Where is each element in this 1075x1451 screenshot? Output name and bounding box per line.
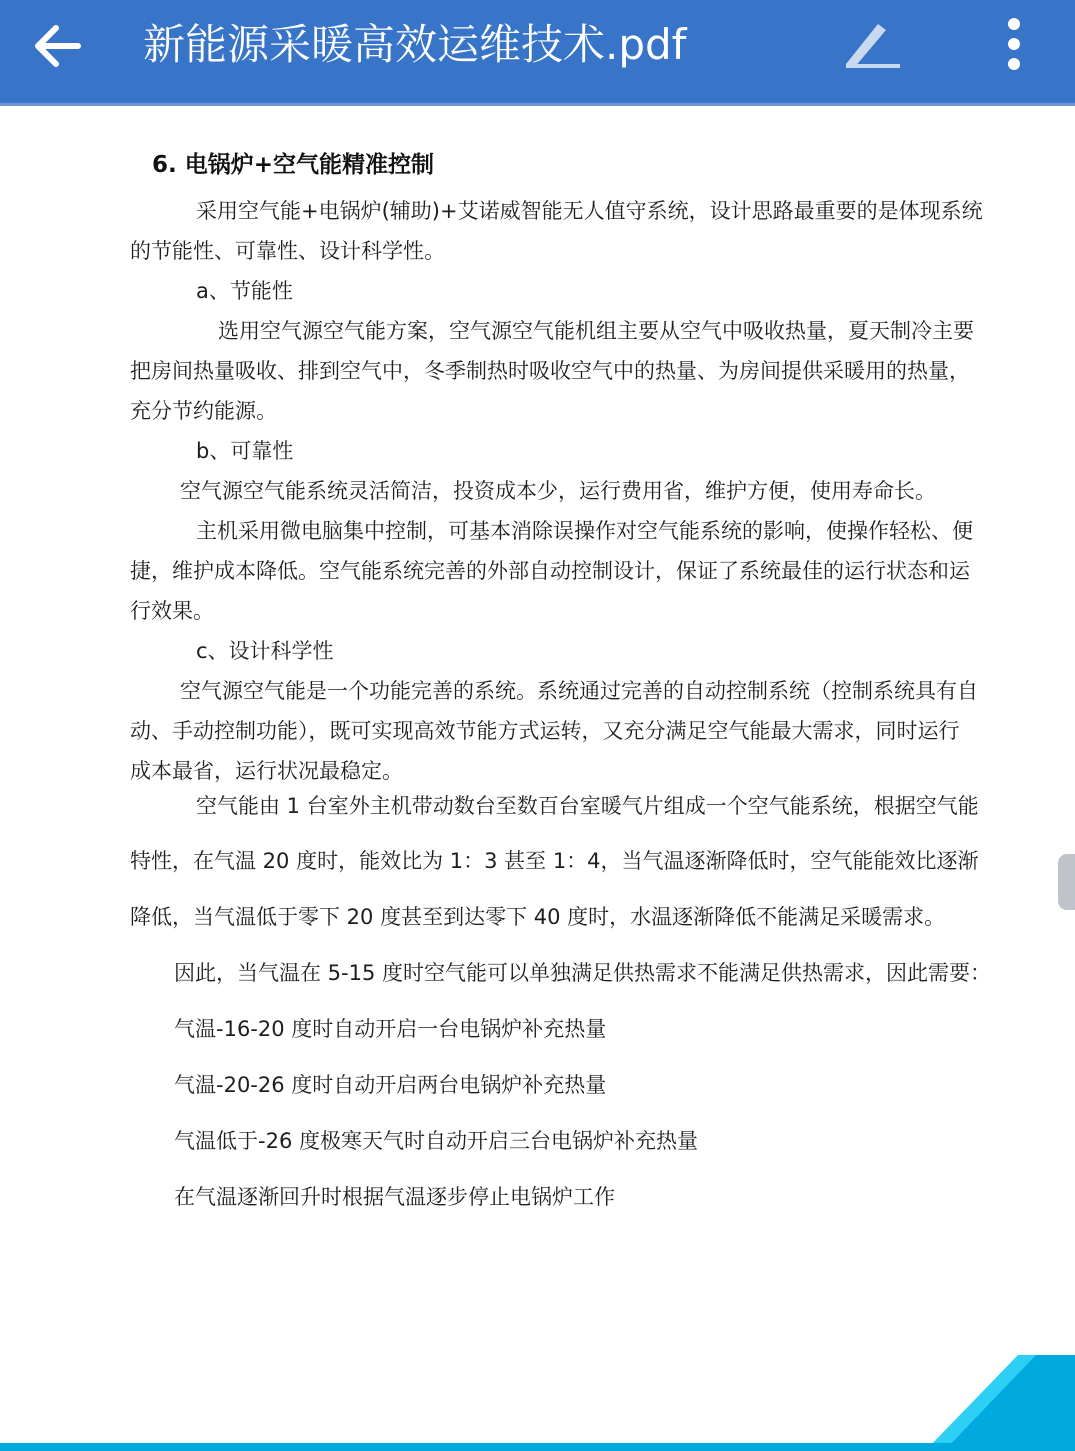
arrow-left-icon — [30, 22, 86, 70]
edit-button[interactable] — [840, 20, 904, 72]
subheading-b: b、可靠性 — [196, 436, 293, 466]
paragraph-line: 选用空气源空气能方案，空气源空气能机组主要从空气中吸收热量，夏天制冷主要 — [218, 316, 974, 346]
list-item: 气温-16-20 度时自动开启一台电锅炉补充热量 — [174, 1014, 606, 1044]
paragraph-line: 充分节约能源。 — [130, 396, 277, 426]
section-heading: 6. 电锅炉+空气能精准控制 — [152, 150, 434, 180]
scrollbar-thumb[interactable] — [1058, 854, 1075, 910]
paragraph-line: 成本最省，运行状况最稳定。 — [130, 756, 403, 786]
paragraph-line: 捷，维护成本降低。空气能系统完善的外部自动控制设计，保证了系统最佳的运行状态和运 — [130, 556, 970, 586]
paragraph-line: 空气源空气能是一个功能完善的系统。系统通过完善的自动控制系统（控制系统具有自 — [180, 676, 978, 706]
more-options-button[interactable] — [998, 14, 1030, 76]
subheading-a: a、节能性 — [196, 276, 293, 306]
more-vertical-icon — [998, 14, 1030, 76]
paragraph-line: 主机采用微电脑集中控制，可基本消除误操作对空气能系统的影响，使操作轻松、便 — [196, 516, 973, 546]
paragraph-line: 的节能性、可靠性、设计科学性。 — [130, 236, 445, 266]
paragraph-line: 采用空气能+电锅炉(辅助)+艾诺威智能无人值守系统，设计思路最重要的是体现系统 — [196, 196, 983, 226]
pencil-icon — [840, 20, 904, 72]
paragraph-line: 特性，在气温 20 度时，能效比为 1：3 甚至 1：4，当气温逐渐降低时，空气… — [130, 846, 979, 876]
page-corner-decoration — [0, 1330, 1075, 1451]
paragraph-line: 空气源空气能系统灵活简洁，投资成本少，运行费用省，维护方便，使用寿命长。 — [180, 476, 936, 506]
paragraph-line: 因此，当气温在 5-15 度时空气能可以单独满足供热需求不能满足供热需求，因此需… — [174, 958, 991, 988]
app-bar: 新能源采暖高效运维技术.pdf — [0, 0, 1075, 106]
list-item: 气温低于-26 度极寒天气时自动开启三台电锅炉补充热量 — [174, 1126, 698, 1156]
paragraph-line: 把房间热量吸收、排到空气中，冬季制热时吸收空气中的热量、为房间提供采暖用的热量， — [130, 356, 970, 386]
paragraph-line: 空气能由 1 台室外主机带动数台至数百台室暖气片组成一个空气能系统，根据空气能 — [196, 791, 979, 821]
subheading-c: c、设计科学性 — [196, 636, 334, 666]
document-title: 新能源采暖高效运维技术.pdf — [143, 16, 686, 74]
list-item: 在气温逐渐回升时根据气温逐步停止电锅炉工作 — [174, 1182, 615, 1212]
paragraph-line: 降低，当气温低于零下 20 度甚至到达零下 40 度时，水温逐渐降低不能满足采暖… — [130, 902, 945, 932]
paragraph-line: 动、手动控制功能），既可实现高效节能方式运转，又充分满足空气能最大需求，同时运行 — [130, 716, 960, 746]
paragraph-line: 行效果。 — [130, 596, 214, 626]
pdf-page: 6. 电锅炉+空气能精准控制 采用空气能+电锅炉(辅助)+艾诺威智能无人值守系统… — [0, 106, 1075, 1451]
back-button[interactable] — [30, 22, 86, 70]
list-item: 气温-20-26 度时自动开启两台电锅炉补充热量 — [174, 1070, 606, 1100]
